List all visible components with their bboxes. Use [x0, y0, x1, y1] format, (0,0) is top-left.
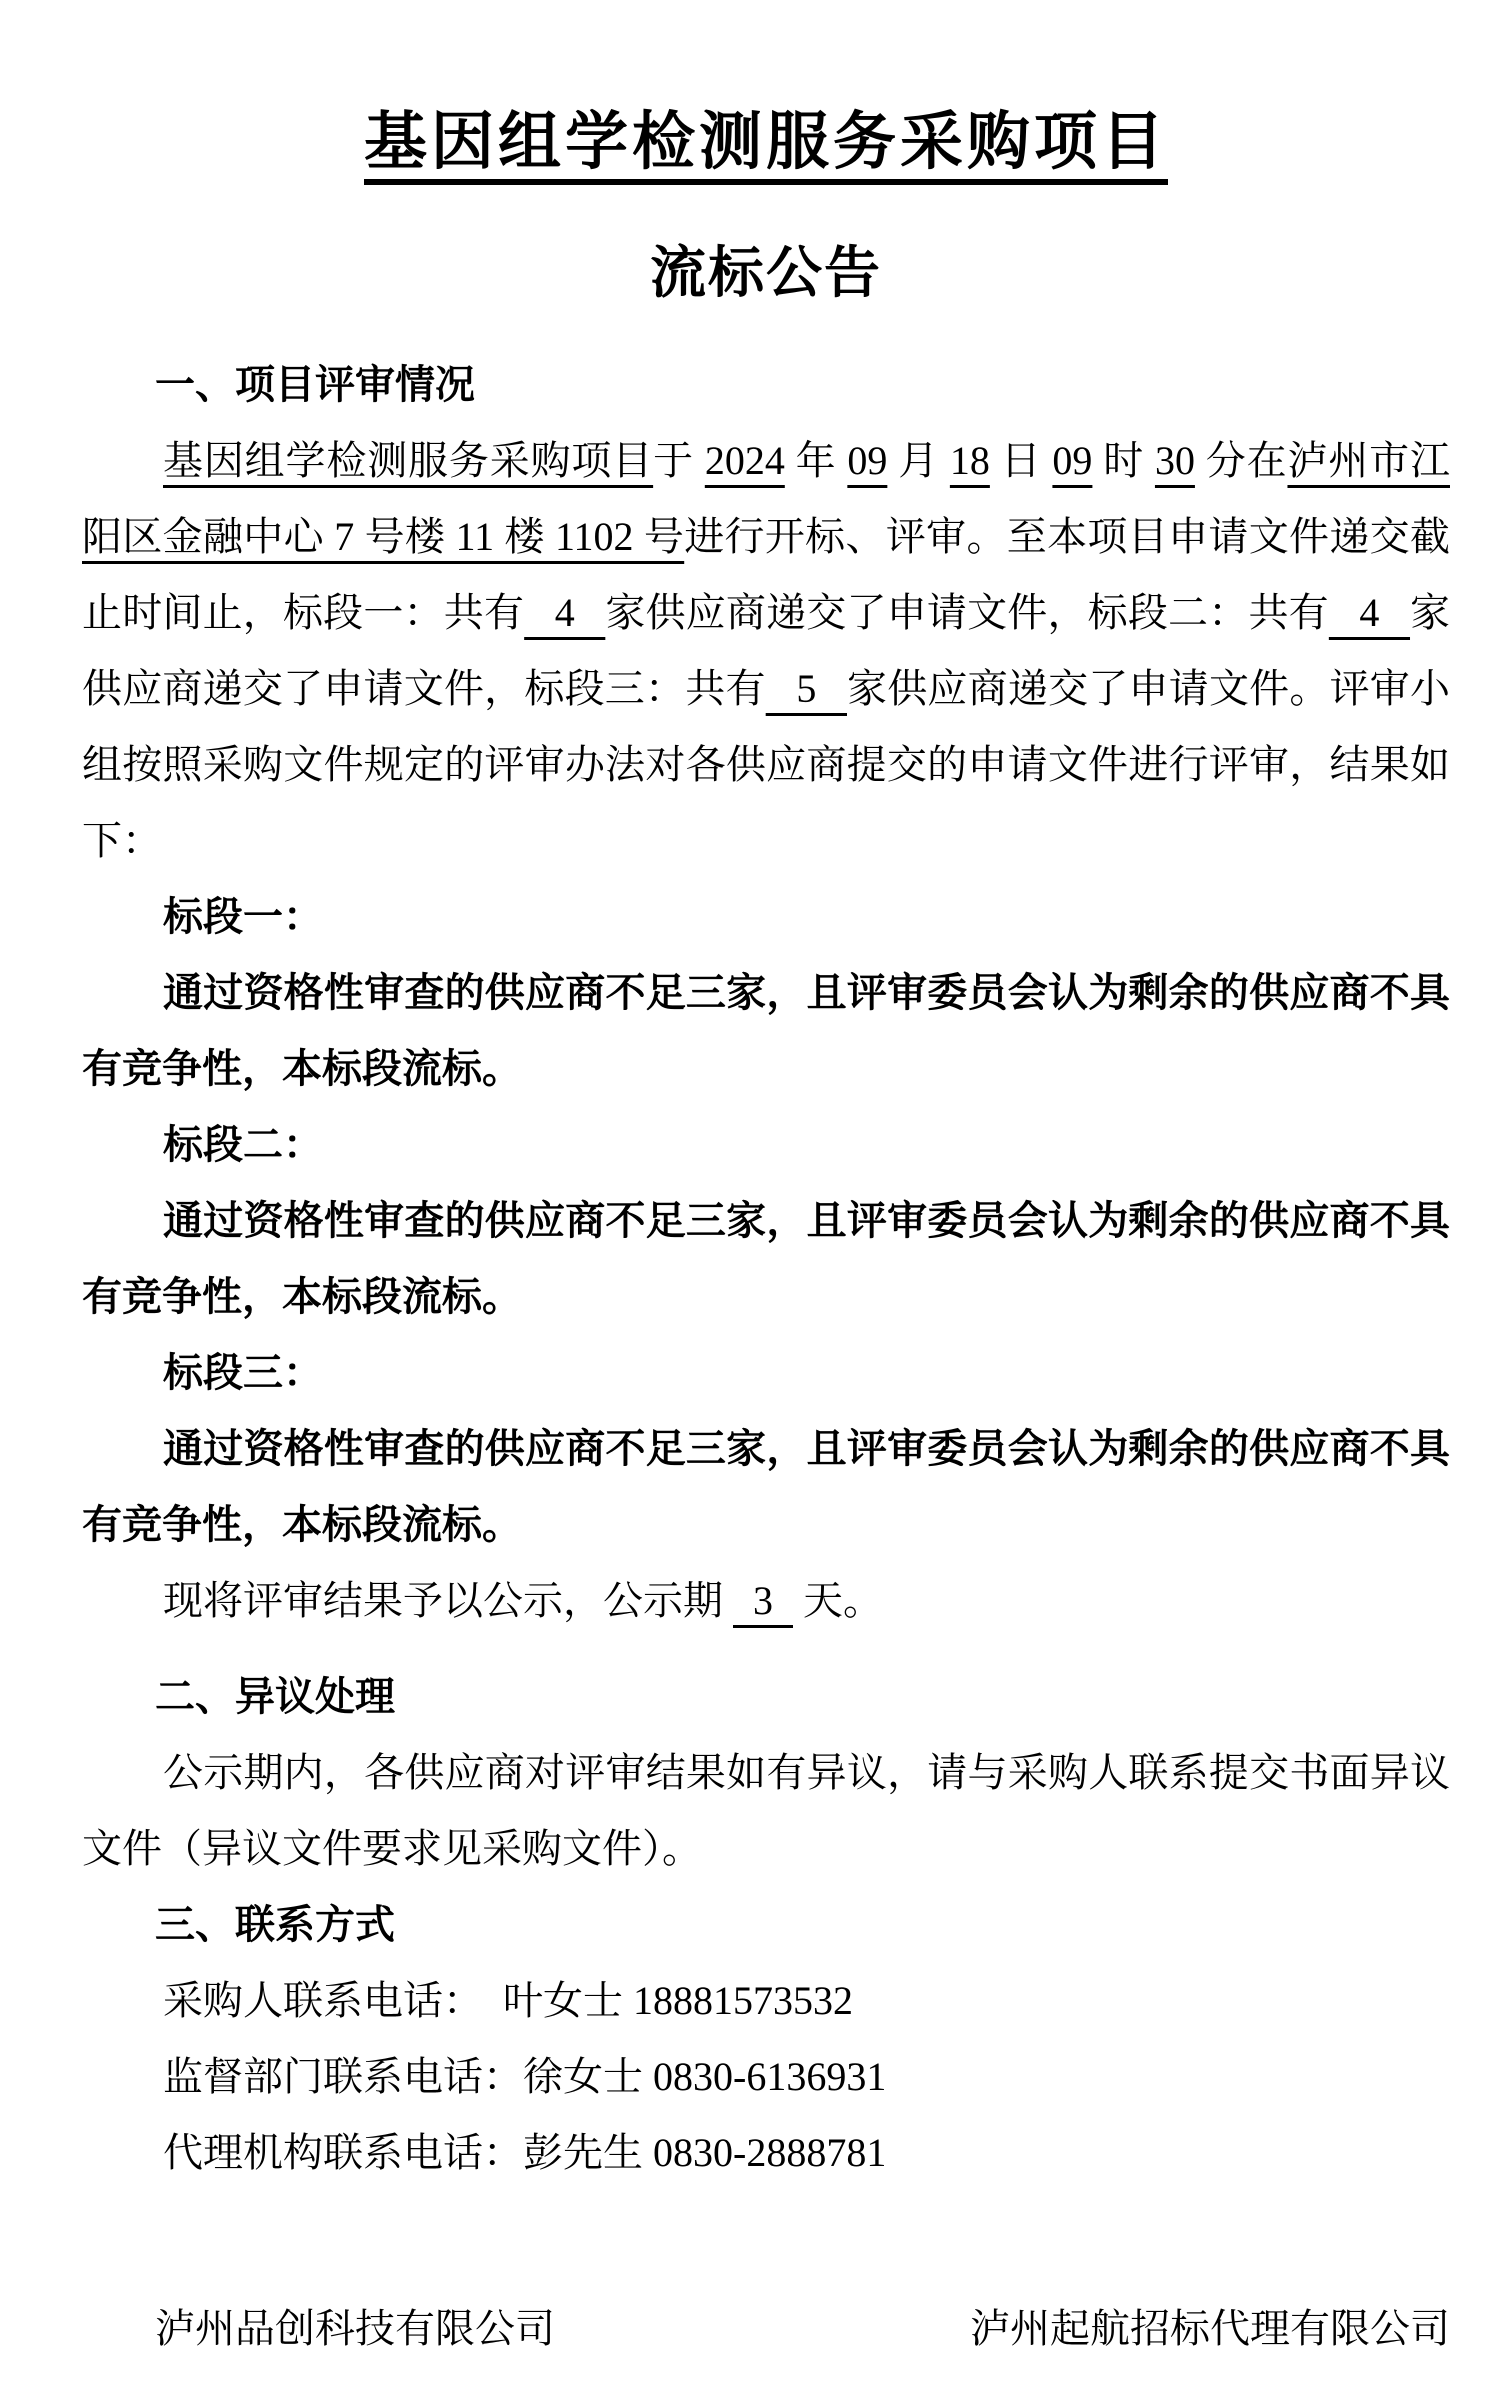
- review-paragraph: 基因组学检测服务采购项目于 2024 年 09 月 18 日 09 时 30 分…: [82, 423, 1450, 879]
- text-segment: 月: [887, 438, 950, 483]
- underlined-value: 30: [1155, 438, 1195, 483]
- lot-2-label: 标段二：: [82, 1107, 1450, 1183]
- section-1-heading: 一、项目评审情况: [82, 347, 1450, 423]
- purchaser-company-name: 泸州品创科技有限公司: [155, 2291, 555, 2367]
- text-segment: 家供应商递交了申请文件，标段二：共有: [605, 590, 1329, 635]
- underlined-value: 2024: [705, 438, 785, 483]
- underlined-value: 3: [733, 1578, 793, 1623]
- title-row: 基因组学检测服务采购项目: [82, 100, 1450, 184]
- section-2-heading: 二、异议处理: [82, 1659, 1450, 1735]
- agency-company-name: 泸州起航招标代理有限公司: [970, 2291, 1450, 2367]
- contact-line-purchaser: 采购人联系电话： 叶女士 18881573532: [82, 1963, 1450, 2039]
- contact-line-agency: 代理机构联系电话：彭先生 0830-2888781: [82, 2115, 1450, 2191]
- underlined-value: 18: [950, 438, 990, 483]
- lot-2-result: 通过资格性审查的供应商不足三家，且评审委员会认为剩余的供应商不具有竞争性，本标段…: [82, 1183, 1450, 1335]
- signature-row: 泸州品创科技有限公司 泸州起航招标代理有限公司: [82, 2291, 1450, 2367]
- underlined-value: 4: [1329, 590, 1410, 635]
- text-segment: 分在: [1195, 438, 1288, 483]
- lot-3-result: 通过资格性审查的供应商不足三家，且评审委员会认为剩余的供应商不具有竞争性，本标段…: [82, 1411, 1450, 1563]
- publicity-period-line: 现将评审结果予以公示，公示期 3 天。: [82, 1563, 1450, 1639]
- underlined-value: 09: [847, 438, 887, 483]
- underlined-value: 5: [766, 666, 847, 711]
- underlined-value: 基因组学检测服务采购项目: [163, 438, 653, 483]
- section-3-heading: 三、联系方式: [82, 1887, 1450, 1963]
- text-segment: 现将评审结果予以公示，公示期: [163, 1578, 733, 1623]
- page-subtitle: 流标公告: [82, 236, 1450, 312]
- text-segment: 于: [653, 438, 705, 483]
- text-segment: 年: [785, 438, 848, 483]
- underlined-value: 4: [524, 590, 605, 635]
- text-segment: 日: [990, 438, 1053, 483]
- page-title: 基因组学检测服务采购项目: [364, 107, 1168, 185]
- lot-1-label: 标段一：: [82, 879, 1450, 955]
- underlined-value: 09: [1052, 438, 1092, 483]
- text-segment: 时: [1092, 438, 1155, 483]
- objection-paragraph: 公示期内，各供应商对评审结果如有异议，请与采购人联系提交书面异议文件（异议文件要…: [82, 1735, 1450, 1887]
- document-page: 基因组学检测服务采购项目 流标公告 一、项目评审情况 基因组学检测服务采购项目于…: [0, 0, 1500, 2393]
- lot-3-label: 标段三：: [82, 1335, 1450, 1411]
- contact-line-supervisor: 监督部门联系电话：徐女士 0830-6136931: [82, 2039, 1450, 2115]
- lot-1-result: 通过资格性审查的供应商不足三家，且评审委员会认为剩余的供应商不具有竞争性，本标段…: [82, 955, 1450, 1107]
- text-segment: 天。: [793, 1578, 883, 1623]
